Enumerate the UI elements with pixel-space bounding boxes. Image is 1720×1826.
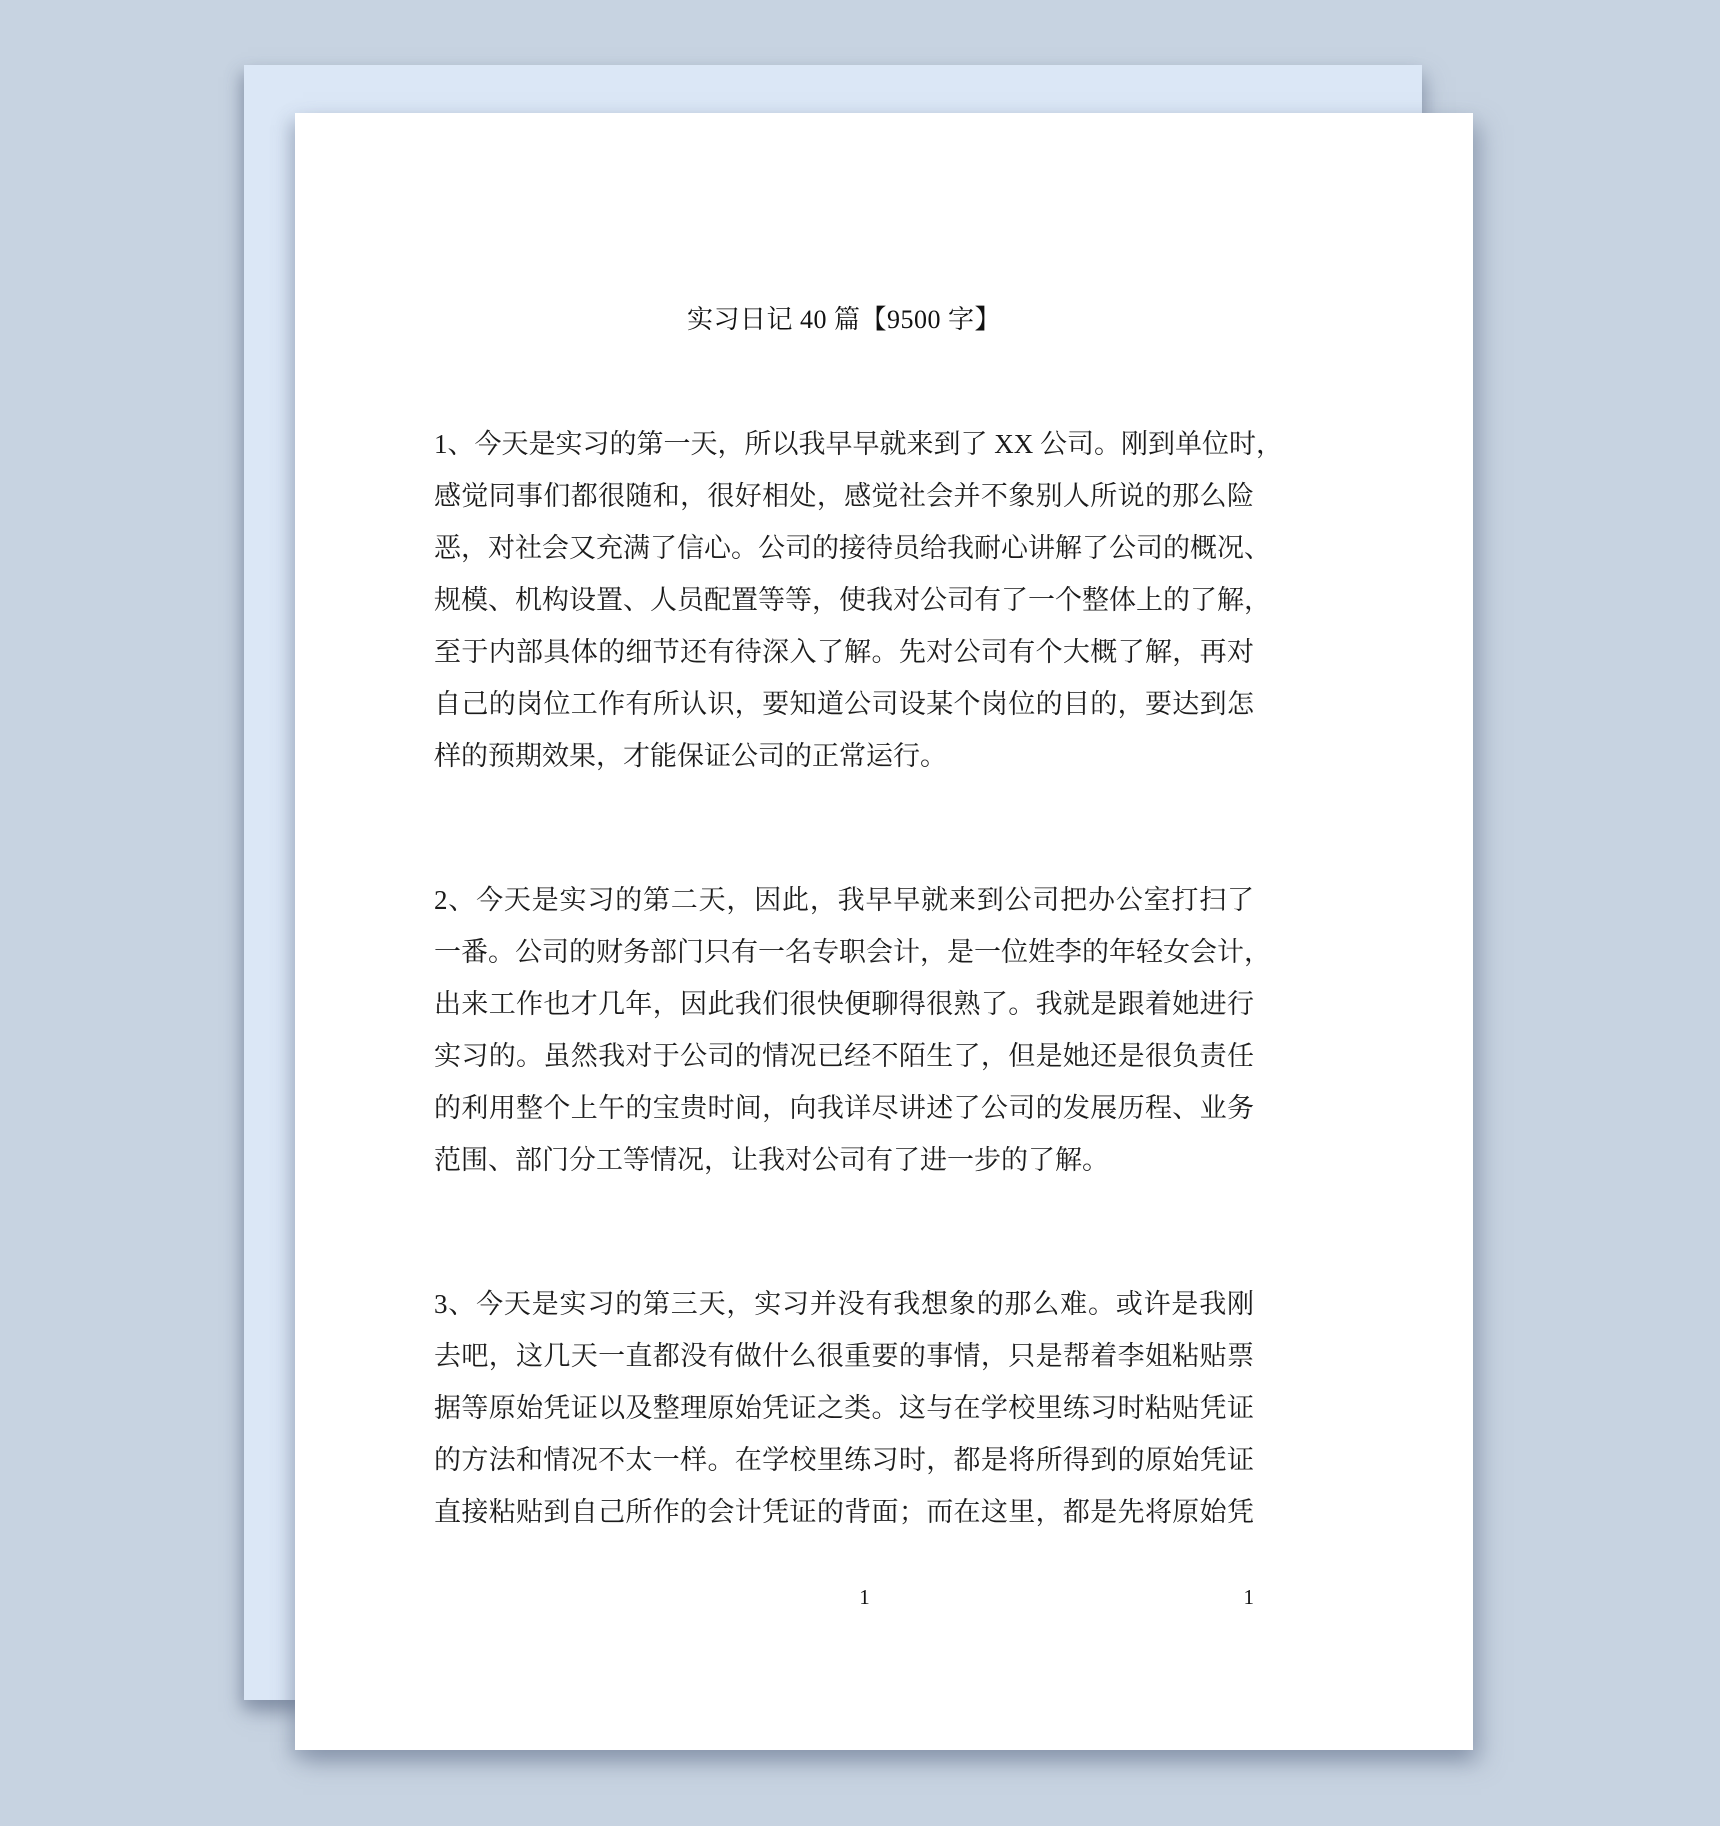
text-line: 2、今天是实习的第二天，因此，我早早就来到公司把办公室打扫了 xyxy=(434,874,1254,926)
document-page: 实习日记 40 篇【9500 字】 1、今天是实习的第一天，所以我早早就来到了 … xyxy=(295,113,1473,1750)
page-number-center: 1 xyxy=(859,1583,870,1611)
text-line: 直接粘贴到自己所作的会计凭证的背面；而在这里，都是先将原始凭 xyxy=(434,1486,1254,1538)
text-line: 一番。公司的财务部门只有一名专职会计，是一位姓李的年轻女会计， xyxy=(434,926,1254,978)
document-title: 实习日记 40 篇【9500 字】 xyxy=(434,299,1254,341)
text-line: 1、今天是实习的第一天，所以我早早就来到了 XX 公司。刚到单位时， xyxy=(434,418,1254,470)
text-line: 恶，对社会又充满了信心。公司的接待员给我耐心讲解了公司的概况、 xyxy=(434,522,1254,574)
text-line: 样的预期效果，才能保证公司的正常运行。 xyxy=(434,730,1254,782)
paragraph: 1、今天是实习的第一天，所以我早早就来到了 XX 公司。刚到单位时，感觉同事们都… xyxy=(434,418,1254,782)
text-line: 自己的岗位工作有所认识，要知道公司设某个岗位的目的，要达到怎 xyxy=(434,678,1254,730)
text-line: 据等原始凭证以及整理原始凭证之类。这与在学校里练习时粘贴凭证 xyxy=(434,1382,1254,1434)
page-footer: 1 1 xyxy=(434,1583,1254,1611)
text-line: 出来工作也才几年，因此我们很快便聊得很熟了。我就是跟着她进行 xyxy=(434,978,1254,1030)
text-line: 感觉同事们都很随和，很好相处，感觉社会并不象别人所说的那么险 xyxy=(434,470,1254,522)
text-line: 的利用整个上午的宝贵时间，向我详尽讲述了公司的发展历程、业务 xyxy=(434,1082,1254,1134)
text-line: 3、今天是实习的第三天，实习并没有我想象的那么难。或许是我刚 xyxy=(434,1278,1254,1330)
paragraph: 3、今天是实习的第三天，实习并没有我想象的那么难。或许是我刚去吧，这几天一直都没… xyxy=(434,1278,1254,1538)
document-preview-background: 实习日记 40 篇【9500 字】 1、今天是实习的第一天，所以我早早就来到了 … xyxy=(0,0,1720,1826)
text-line: 去吧，这几天一直都没有做什么很重要的事情，只是帮着李姐粘贴票 xyxy=(434,1330,1254,1382)
text-line: 实习的。虽然我对于公司的情况已经不陌生了，但是她还是很负责任 xyxy=(434,1030,1254,1082)
text-line: 范围、部门分工等情况，让我对公司有了进一步的了解。 xyxy=(434,1134,1254,1186)
text-line: 规模、机构设置、人员配置等等，使我对公司有了一个整体上的了解， xyxy=(434,574,1254,626)
text-line: 的方法和情况不太一样。在学校里练习时，都是将所得到的原始凭证 xyxy=(434,1434,1254,1486)
text-line: 至于内部具体的细节还有待深入了解。先对公司有个大概了解，再对 xyxy=(434,626,1254,678)
document-body: 1、今天是实习的第一天，所以我早早就来到了 XX 公司。刚到单位时，感觉同事们都… xyxy=(434,418,1254,1538)
paragraph: 2、今天是实习的第二天，因此，我早早就来到公司把办公室打扫了一番。公司的财务部门… xyxy=(434,874,1254,1186)
page-number-right: 1 xyxy=(1244,1583,1255,1611)
